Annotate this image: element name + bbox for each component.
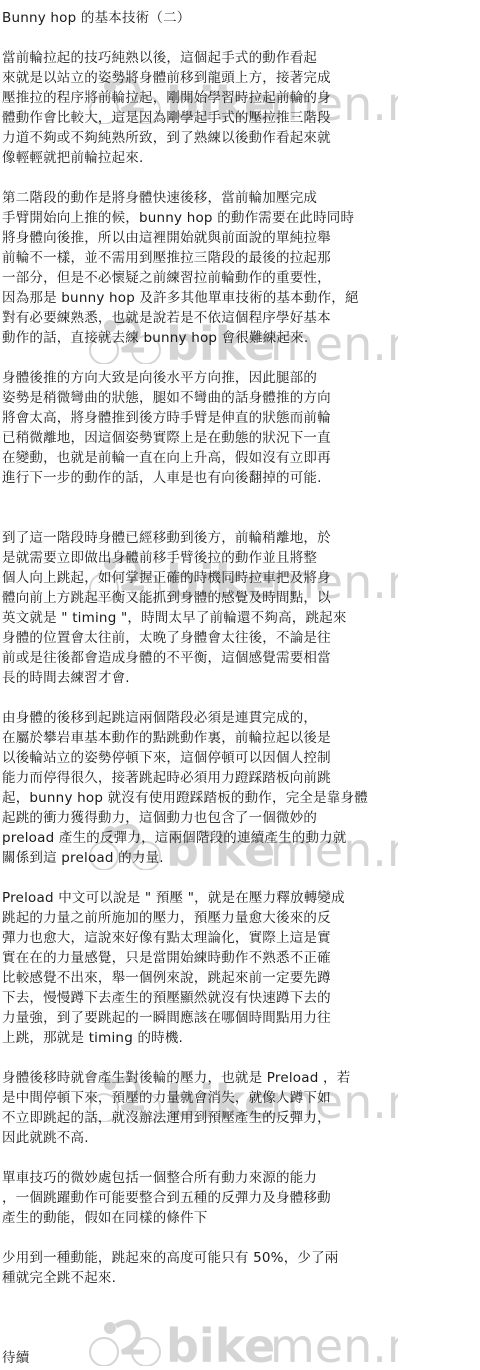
text-line: 比較感覺不出來，舉一個例來說，跳起來前一定要先蹲 <box>2 968 478 988</box>
paragraph-7: 身體後移時就會產生對後輪的壓力，也就是 Preload ，若 是中間停頓下來，預… <box>2 1068 478 1148</box>
text-line: 一部分，但是不必懷疑之前練習拉前輪動作的重要性， <box>2 268 478 288</box>
text-line: 長的時間去練習才會. <box>2 668 478 688</box>
text-line: 英文就是 " timing "，時間太早了前輪還不夠高，跳起來 <box>2 608 478 628</box>
paragraph-3: 身體後推的方向大致是向後水平方向推，因此腿部的 姿勢是稍微彎曲的狀態，腿如不彎曲… <box>2 368 478 488</box>
text-line: 以後輪站立的姿勢停頓下來，這個停頓可以因個人控制 <box>2 748 478 768</box>
text-line: 當前輪拉起的技巧純熟以後，這個起手式的動作看起 <box>2 48 478 68</box>
text-line: 動作的話，直接就去練 bunny hop 會很難練起來. <box>2 328 478 348</box>
text-line: Preload 中文可以說是 " 預壓 "，就是在壓力釋放轉變成 <box>2 888 478 908</box>
text-line: 體動作會比較大，這是因為剛學起手式的壓拉推三階段 <box>2 108 478 128</box>
text-line: 壓推拉的程序將前輪拉起，剛開始學習時拉起前輪的身 <box>2 88 478 108</box>
text-line: 進行下一步的動作的話，人車是也有向後翻掉的可能. <box>2 468 478 488</box>
text-line: 前或是往後都會造成身體的不平衡，這個感覺需要相當 <box>2 648 478 668</box>
text-line: 是就需要立即做出身體前移手臂後拉的動作並且將整 <box>2 548 478 568</box>
text-line: 因為那是 bunny hop 及許多其他單車技術的基本動作，絕 <box>2 288 478 308</box>
text-line: 由身體的後移到起跳這兩個階段必須是連貫完成的， <box>2 708 478 728</box>
paragraph-2: 第二階段的動作是將身體快速後移，當前輪加壓完成 手臂開始向上推的候，bunny … <box>2 188 478 348</box>
paragraph-4: 到了這一階段時身體已經移動到後方，前輪稍離地，於 是就需要立即做出身體前移手臂後… <box>2 528 478 688</box>
text-line: 單車技巧的微妙處包括一個整合所有動力來源的能力 <box>2 1168 478 1188</box>
text-line: 種就完全跳不起來. <box>2 1268 478 1288</box>
text-line: 力量強，到了要跳起的一瞬間應該在哪個時間點用力往 <box>2 1008 478 1028</box>
text-line: 將身體向後推，所以由這裡開始就與前面說的單純拉舉 <box>2 228 478 248</box>
text-line: 跳起的力量之前所施加的壓力，預壓力量愈大後來的反 <box>2 908 478 928</box>
text-line: 來就是以站立的姿勢將身體前移到龍頭上方，接著完成 <box>2 68 478 88</box>
text-line: 姿勢是稍微彎曲的狀態，腿如不彎曲的話身體推的方向 <box>2 388 478 408</box>
text-line: 因此就跳不高. <box>2 1128 478 1148</box>
text-line: 關係到這 preload 的力量. <box>2 848 478 868</box>
text-line: 身體後推的方向大致是向後水平方向推，因此腿部的 <box>2 368 478 388</box>
text-line: 已稍微離地，因這個姿勢實際上是在動態的狀況下一直 <box>2 428 478 448</box>
text-line: 力道不夠或不夠純熟所致，到了熟練以後動作看起來就 <box>2 128 478 148</box>
text-line: 是中間停頓下來，預壓的力量就會消失，就像人蹲下如 <box>2 1088 478 1108</box>
text-line: 對有必要練熟悉，也就是說若是不依這個程序學好基本 <box>2 308 478 328</box>
text-line: 不立即跳起的話，就沒辦法運用到預壓產生的反彈力， <box>2 1108 478 1128</box>
text-line: ，一個跳躍動作可能要整合到五種的反彈力及身體移動 <box>2 1188 478 1208</box>
text-line: 下去，慢慢蹲下去產生的預壓顯然就沒有快速蹲下去的 <box>2 988 478 1008</box>
text-line: 少用到一種動能，跳起來的高度可能只有 50%，少了兩 <box>2 1248 478 1268</box>
text-line: preload 產生的反彈力，這兩個階段的連續產生的動力就 <box>2 828 478 848</box>
text-line: 像輕輕就把前輪拉起來. <box>2 148 478 168</box>
paragraph-9: 少用到一種動能，跳起來的高度可能只有 50%，少了兩 種就完全跳不起來. <box>2 1248 478 1288</box>
text-line: 手臂開始向上推的候，bunny hop 的動作需要在此時同時 <box>2 208 478 228</box>
text-line: 起，bunny hop 就沒有使用蹬踩踏板的動作，完全是靠身體 <box>2 788 478 808</box>
paragraph-8: 單車技巧的微妙處包括一個整合所有動力來源的能力 ，一個跳躍動作可能要整合到五種的… <box>2 1168 478 1228</box>
paragraph-1: 當前輪拉起的技巧純熟以後，這個起手式的動作看起 來就是以站立的姿勢將身體前移到龍… <box>2 48 478 168</box>
text-line: 到了這一階段時身體已經移動到後方，前輪稍離地，於 <box>2 528 478 548</box>
text-line: 能力而停得很久，接著跳起時必須用力蹬踩踏板向前跳 <box>2 768 478 788</box>
paragraph-6: Preload 中文可以說是 " 預壓 "，就是在壓力釋放轉變成 跳起的力量之前… <box>2 888 478 1048</box>
text-line: 將會太高，將身體推到後方時手臂是伸直的狀態而前輪 <box>2 408 478 428</box>
text-line: 身體的位置會太往前，太晚了身體會太往後，不論是往 <box>2 628 478 648</box>
text-line: 產生的動能，假如在同樣的條件下 <box>2 1208 478 1228</box>
article: Bunny hop 的基本技術（二） 當前輪拉起的技巧純熟以後，這個起手式的動作… <box>2 8 478 1368</box>
text-line: 上跳，那就是 timing 的時機. <box>2 1028 478 1048</box>
text-line: 實在在的力量感覺，只是當開始練時動作不熟悉不正確 <box>2 948 478 968</box>
text-line: 身體後移時就會產生對後輪的壓力，也就是 Preload ，若 <box>2 1068 478 1088</box>
text-line: 在屬於攀岩車基本動作的點跳動作裏，前輪拉起以後是 <box>2 728 478 748</box>
text-line: 在變動，也就是前輪一直在向上升高，假如沒有立即再 <box>2 448 478 468</box>
paragraph-5: 由身體的後移到起跳這兩個階段必須是連貫完成的， 在屬於攀岩車基本動作的點跳動作裏… <box>2 708 478 868</box>
text-line: 個人向上跳起，如何掌握正確的時機同時拉車把及將身 <box>2 568 478 588</box>
text-line: 第二階段的動作是將身體快速後移，當前輪加壓完成 <box>2 188 478 208</box>
text-line: 前輪不一樣，並不需用到壓推拉三階段的最後的拉起那 <box>2 248 478 268</box>
text-line: 彈力也愈大，這說來好像有點太理論化，實際上這是實 <box>2 928 478 948</box>
to-be-continued: 待續 <box>2 1348 478 1368</box>
text-line: 體向前上方跳起平衡又能抓到身體的感覺及時間點，以 <box>2 588 478 608</box>
article-title: Bunny hop 的基本技術（二） <box>2 8 478 28</box>
text-line: 起跳的衝力獲得動力，這個動力也包含了一個微妙的 <box>2 808 478 828</box>
